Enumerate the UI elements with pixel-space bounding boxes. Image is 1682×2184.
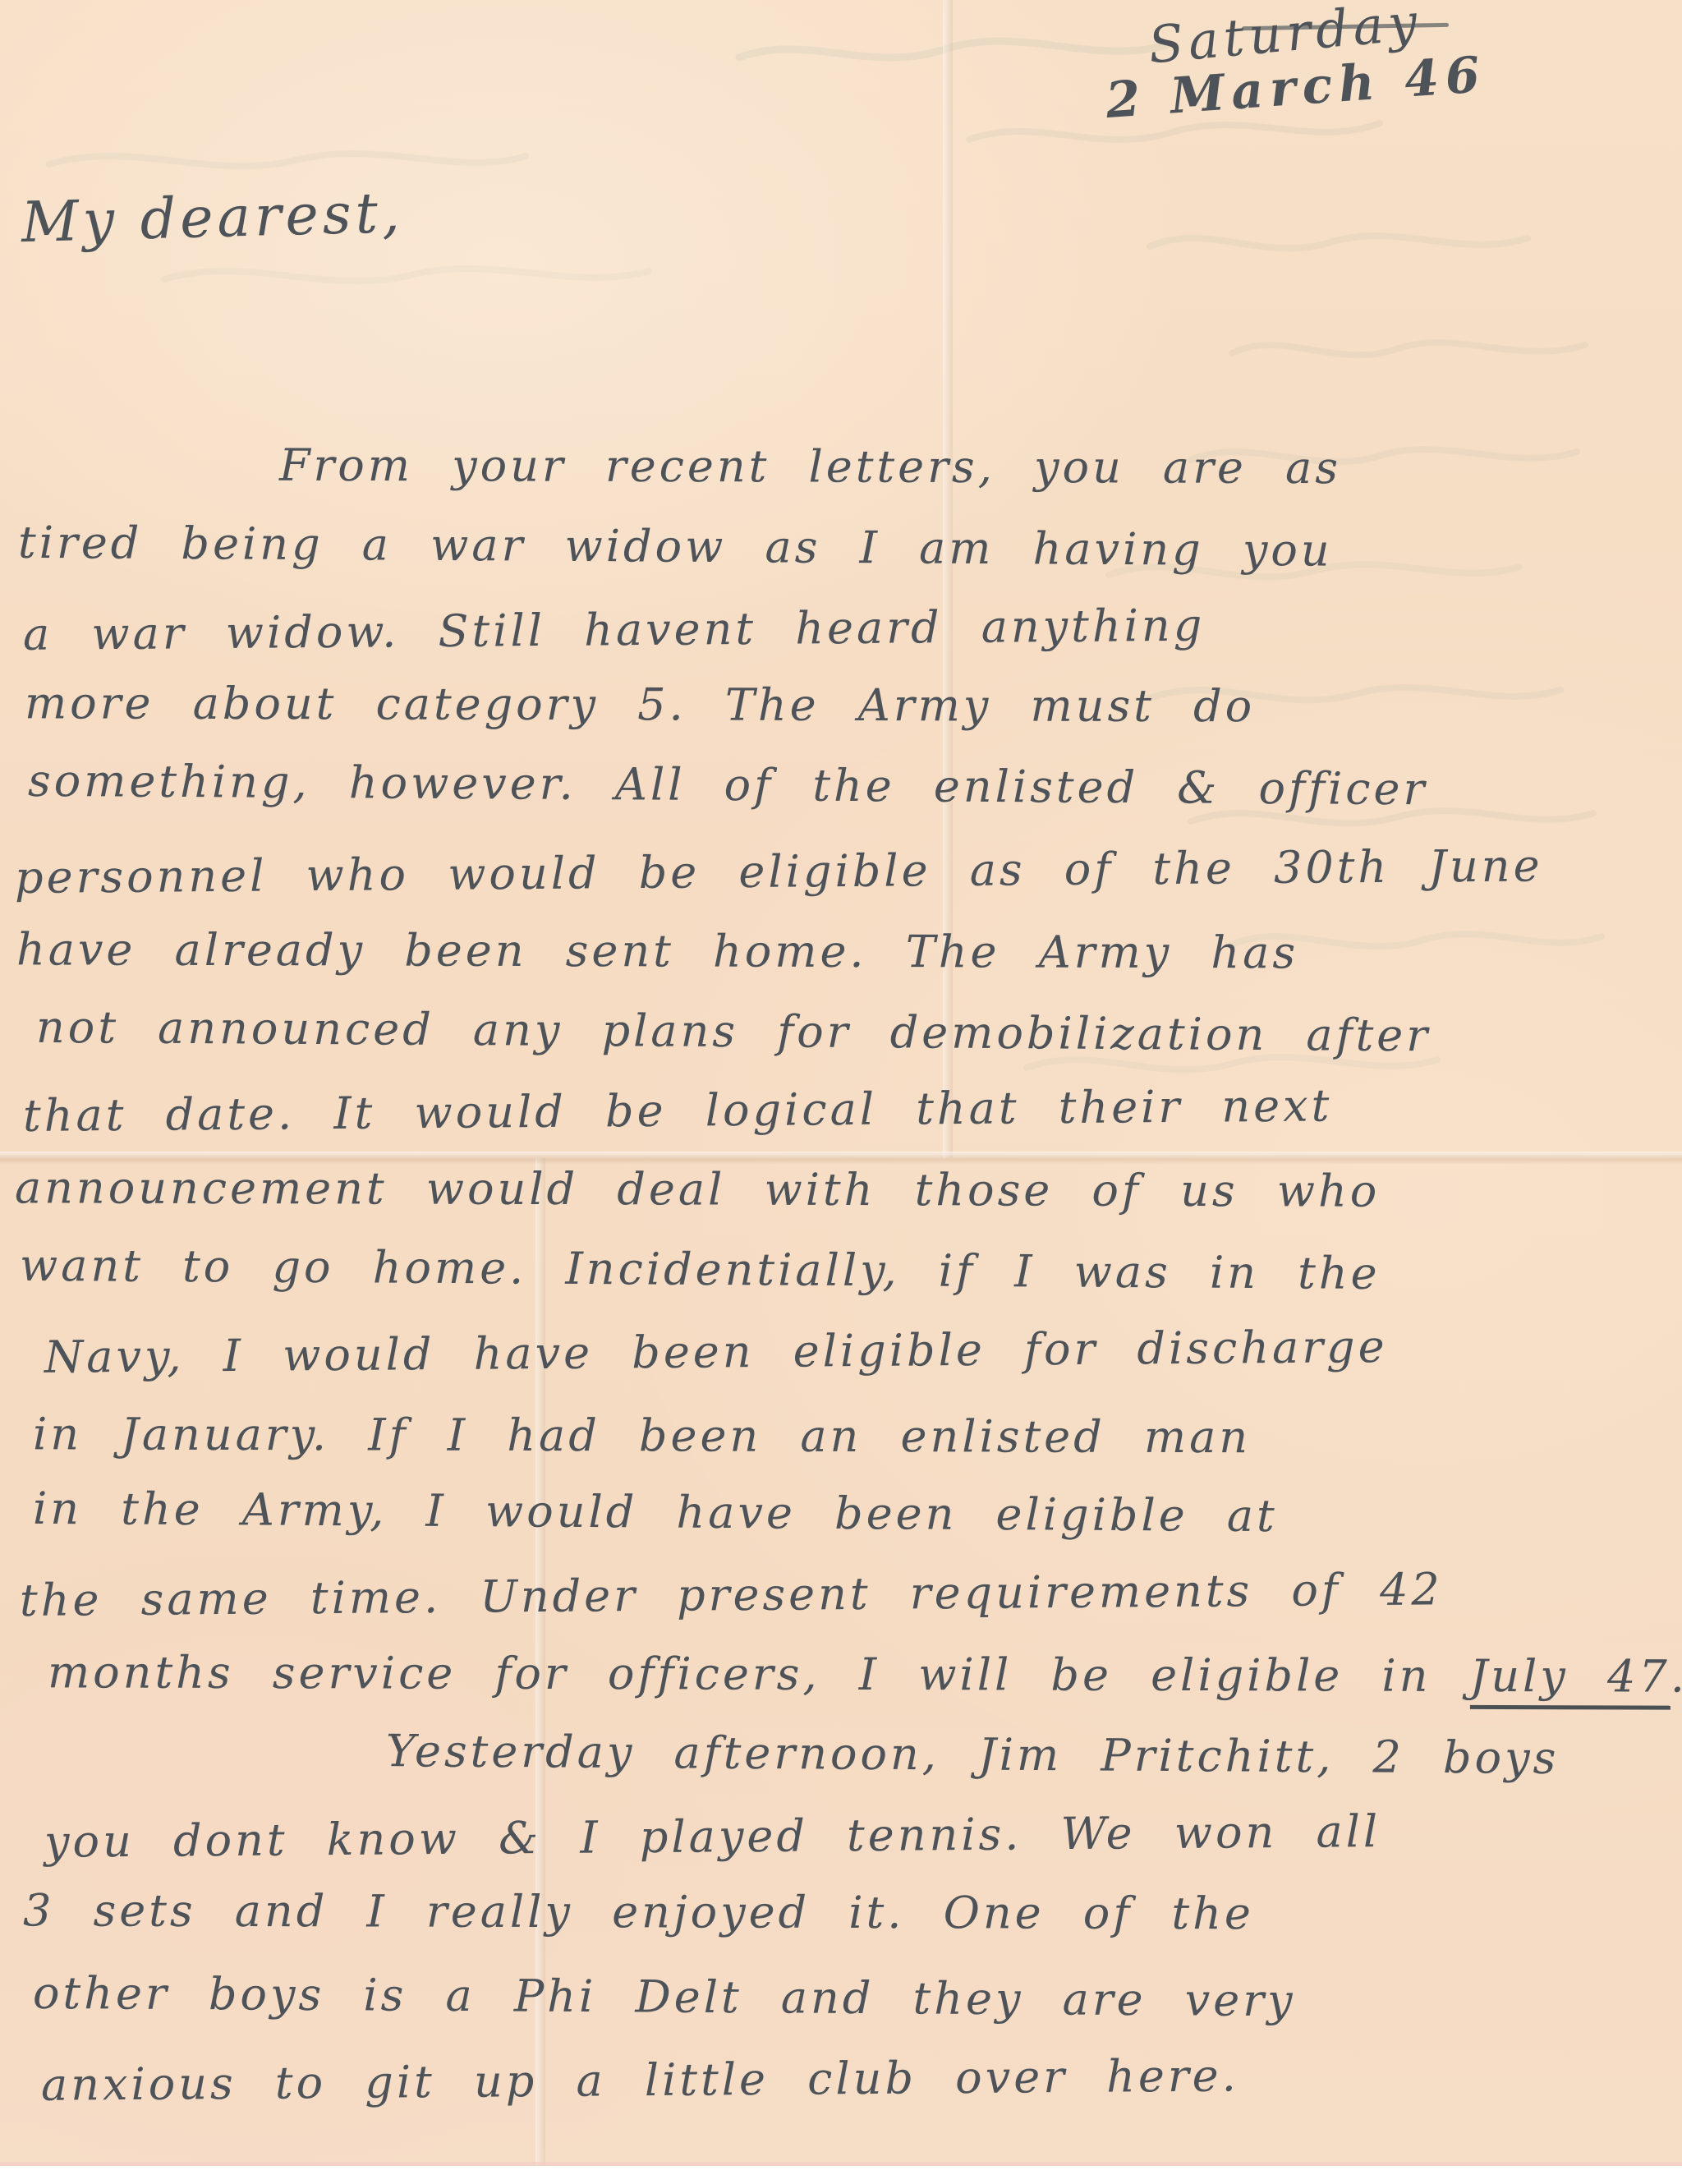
letter-line: anxious to git up a little club over her… [41, 2032, 1682, 2126]
letter-line-text: Yesterday afternoon, Jim Pritchitt, 2 bo… [386, 1725, 1560, 1784]
letter-line: you dont know & I played tennis. We won … [44, 1789, 1682, 1883]
letter-line: in January. If I had been an enlisted ma… [33, 1394, 1682, 1478]
letter-line-text: announcement would deal with those of us… [15, 1161, 1380, 1216]
letter-line: in the Army, I would have been eligible … [33, 1469, 1682, 1559]
letter-line: announcement would deal with those of us… [15, 1147, 1682, 1232]
letter-line-text: a war widow. Still havent heard anything [23, 600, 1206, 660]
letter-line-text: in January. If I had been an enlisted ma… [33, 1408, 1251, 1463]
letter-line-text: something, however. All of the enlisted … [28, 755, 1428, 815]
letter-line-text: months service for officers, I will be e… [48, 1646, 1682, 1709]
letter-line-text: personnel who would be eligible as of th… [15, 839, 1543, 903]
letter-line-text: Navy, I would have been eligible for dis… [44, 1321, 1388, 1383]
letter-line: something, however. All of the enlisted … [28, 741, 1682, 831]
letter-line-text: want to go home. Incidentially, if I was… [20, 1239, 1381, 1299]
letter-line-text: the same time. Under present requirement… [20, 1563, 1443, 1626]
letter-line: have already been sent home. The Army ha… [16, 909, 1682, 994]
letter-line-text: not announced any plans for demobilizati… [36, 1001, 1431, 1061]
letter-line: more about category 5. The Army must do [25, 663, 1682, 747]
letter-line: other boys is a Phi Delt and they are ve… [33, 1953, 1682, 2044]
letter-line: From your recent letters, you are as [279, 425, 1682, 509]
letter-line-text: From your recent letters, you are as [279, 439, 1341, 494]
letter-line-text: other boys is a Phi Delt and they are ve… [33, 1967, 1296, 2026]
letter-line: want to go home. Incidentially, if I was… [20, 1225, 1682, 1316]
letter-line-text: that date. It would be logical that thei… [23, 1079, 1333, 1142]
letter-line: Yesterday afternoon, Jim Pritchitt, 2 bo… [386, 1711, 1682, 1800]
letter-line: 3 sets and I really enjoyed it. One of t… [23, 1870, 1682, 1955]
letter-line: Navy, I would have been eligible for dis… [44, 1304, 1682, 1398]
letter-line-text: tired being a war widow as I am having y… [18, 517, 1333, 577]
letter-line: personnel who would be eligible as of th… [15, 825, 1682, 918]
letter-line-text: 3 sets and I really enjoyed it. One of t… [23, 1884, 1254, 1939]
letter-line: the same time. Under present requirement… [20, 1547, 1682, 1641]
letter-line-text: anxious to git up a little club over her… [41, 2049, 1239, 2110]
letter-line-text: more about category 5. The Army must do [25, 677, 1255, 732]
letter-line: a war widow. Still havent heard anything [23, 582, 1682, 675]
letter-line-text: you dont know & I played tennis. We won … [44, 1805, 1381, 1868]
letter-body: From your recent letters, you are as tir… [0, 427, 1682, 2119]
scanner-background-strip [0, 2166, 1682, 2184]
letter-line: that date. It would be logical that thei… [23, 1063, 1682, 1156]
letter-line-text: have already been sent home. The Army ha… [16, 923, 1298, 978]
letter-line-text: in the Army, I would have been eligible … [33, 1483, 1278, 1542]
letter-scan: Saturday 2 March 46 My dearest, From you… [0, 0, 1682, 2184]
letter-line: months service for officers, I will be e… [48, 1632, 1682, 1717]
salutation: My dearest, [21, 181, 404, 255]
letter-line: tired being a war widow as I am having y… [18, 503, 1682, 593]
